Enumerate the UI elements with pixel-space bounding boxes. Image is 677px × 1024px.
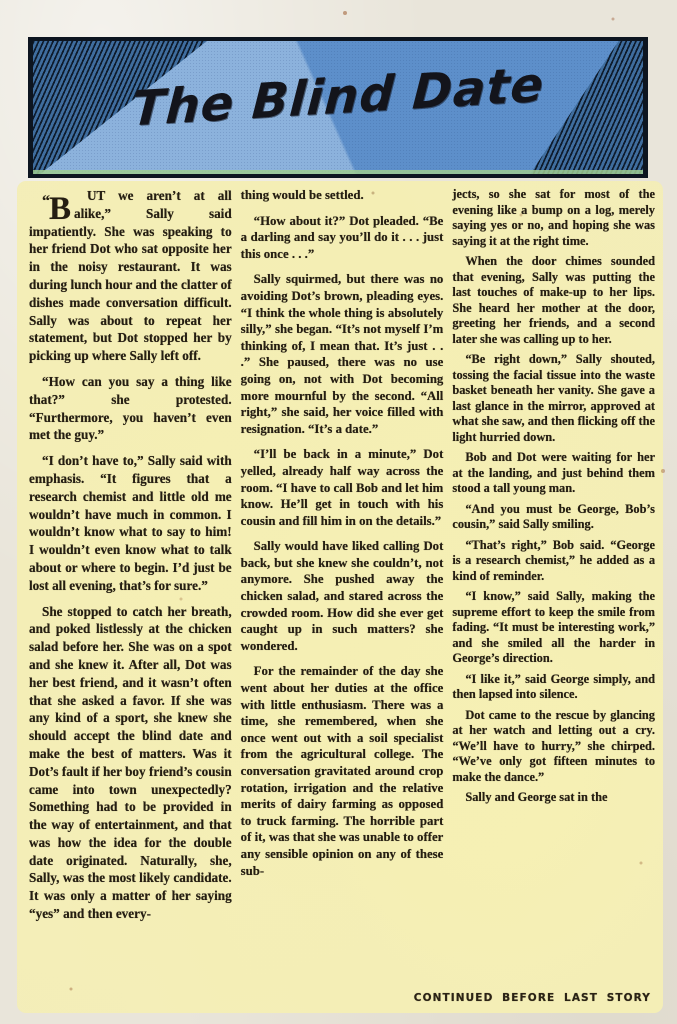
story-paragraph: “I don’t have to,” Sally said with empha…	[29, 452, 232, 594]
story-paragraph: She stopped to catch her breath, and pok…	[29, 603, 232, 923]
story-paragraph: “And you must be George, Bob’s cousin,” …	[452, 502, 655, 533]
story-paragraph: For the remainder of the day she went ab…	[241, 663, 444, 879]
story-column: thing would be settled.“How about it?” D…	[241, 187, 444, 1015]
story-column: jects, so she sat for most of the evenin…	[452, 187, 655, 1015]
comic-story-page: The Blind Date “BUT we aren’t at all ali…	[0, 0, 677, 1024]
color-misregistration-strip	[33, 170, 643, 174]
story-paragraph: “How can you say a thing like that?” she…	[29, 373, 232, 444]
story-paragraph: Sally and George sat in the	[452, 790, 655, 806]
story-text: “BUT we aren’t at all alike,” Sally said…	[29, 187, 655, 1015]
story-paragraph: Sally would have liked calling Dot back,…	[241, 538, 444, 654]
story-paragraph: “Be right down,” Sally shouted, tossing …	[452, 352, 655, 445]
banner-background: The Blind Date	[33, 41, 643, 174]
story-paragraph: When the door chimes sounded that evenin…	[452, 254, 655, 347]
story-paragraph: “I know,” said Sally, making the supreme…	[452, 589, 655, 667]
story-title-banner: The Blind Date	[28, 37, 648, 178]
dropcap: “B	[29, 188, 71, 220]
story-paragraph: “I’ll be back in a minute,” Dot yelled, …	[241, 446, 444, 529]
paper-speck	[0, 0, 2, 2]
story-paragraph: Bob and Dot were waiting for her at the …	[452, 450, 655, 497]
page-title: The Blind Date	[130, 57, 545, 138]
story-column: “BUT we aren’t at all alike,” Sally said…	[29, 187, 232, 1015]
story-paragraph: thing would be settled.	[241, 187, 444, 204]
story-paragraph: “I like it,” said George simply, and the…	[452, 672, 655, 703]
story-paragraph: jects, so she sat for most of the evenin…	[452, 187, 655, 249]
continued-notice: CONTINUED BEFORE LAST STORY	[414, 992, 651, 1004]
story-paragraph: “How about it?” Dot pleaded. “Be a darli…	[241, 213, 444, 263]
story-paragraph: “BUT we aren’t at all alike,” Sally said…	[29, 187, 232, 365]
story-paragraph: Dot came to the rescue by glancing at he…	[452, 708, 655, 786]
story-paragraph: “That’s right,” Bob said. “George is a r…	[452, 538, 655, 585]
story-paragraph: Sally squirmed, but there was no avoidin…	[241, 271, 444, 437]
